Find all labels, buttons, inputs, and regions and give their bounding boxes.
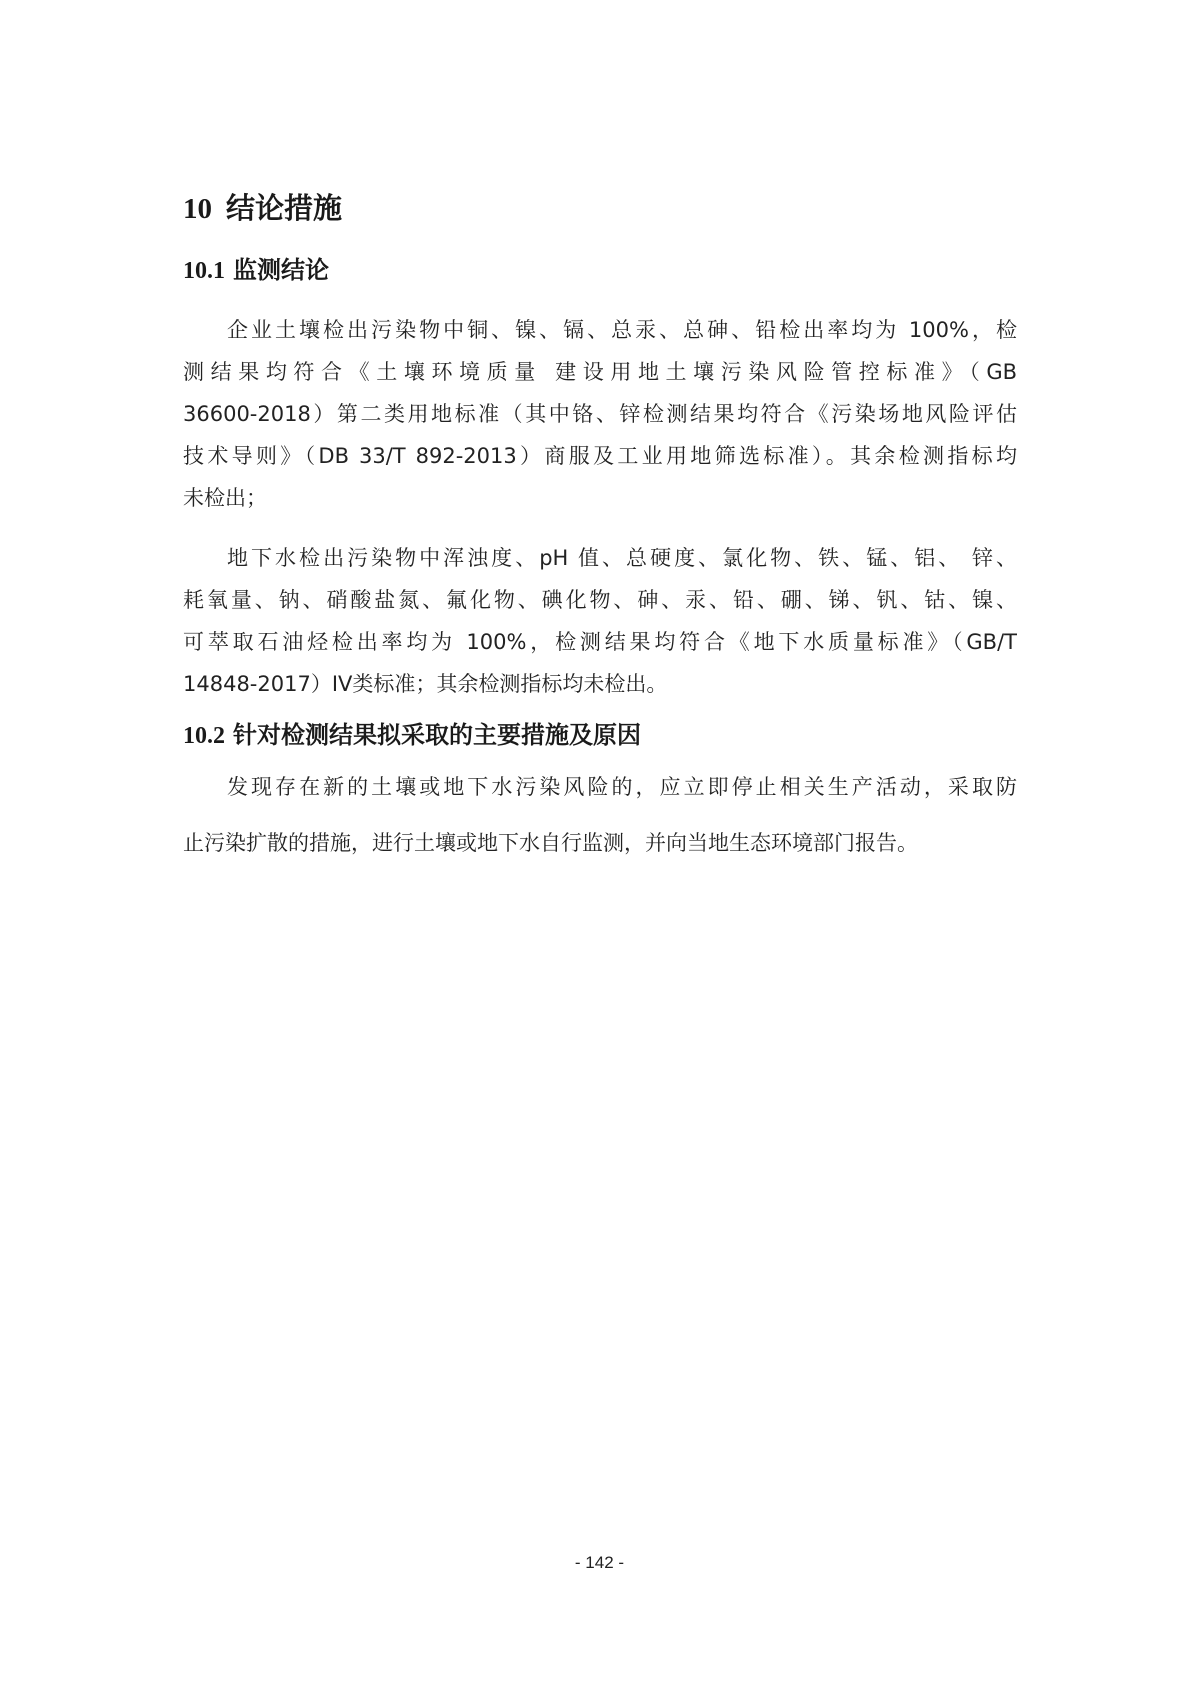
text-line: 企业土壤检出污染物中铜、镍、镉、总汞、总砷、铅检出率均为 100%，检 [227, 315, 1017, 345]
text-line: 发现存在新的土壤或地下水污染风险的，应立即停止相关生产活动，采取防 [227, 772, 1017, 802]
text-line: 止污染扩散的措施，进行土壤或地下水自行监测，并向当地生态环境部门报告。 [183, 828, 1017, 858]
chapter-number: 10 [183, 193, 212, 225]
chapter-heading: 10结论措施 [183, 190, 342, 227]
section-heading-10-2: 10.2针对检测结果拟采取的主要措施及原因 [183, 720, 641, 751]
text-line: 36600-2018）第二类用地标准（其中铬、锌检测结果均符合《污染场地风险评估 [183, 399, 1017, 429]
section-title: 针对检测结果拟采取的主要措施及原因 [233, 721, 641, 749]
text-line: 地下水检出污染物中浑浊度、pH 值、总硬度、氯化物、铁、锰、铝、 锌、 [227, 543, 1017, 573]
section-title: 监测结论 [233, 256, 329, 284]
document-page: 10结论措施 10.1监测结论 企业土壤检出污染物中铜、镍、镉、总汞、总砷、铅检… [0, 0, 1199, 1696]
text-line: 耗氧量、钠、硝酸盐氮、氟化物、碘化物、砷、汞、铅、硼、锑、钒、钴、镍、 [183, 585, 1017, 615]
chapter-title: 结论措施 [226, 191, 342, 225]
text-line: 可萃取石油烃检出率均为 100%，检测结果均符合《地下水质量标准》（GB/T [183, 627, 1017, 657]
text-line: 14848-2017）IV类标准；其余检测指标均未检出。 [183, 669, 1017, 699]
section-number: 10.2 [183, 723, 225, 749]
section-heading-10-1: 10.1监测结论 [183, 255, 329, 286]
text-line: 测结果均符合《土壤环境质量 建设用地土壤污染风险管控标准》（GB [183, 357, 1017, 387]
text-line: 技术导则》（DB 33/T 892-2013）商服及工业用地筛选标准）。其余检测… [183, 441, 1017, 471]
section-number: 10.1 [183, 258, 225, 284]
text-line: 未检出； [183, 483, 1017, 513]
page-number: - 142 - [0, 1553, 1199, 1573]
